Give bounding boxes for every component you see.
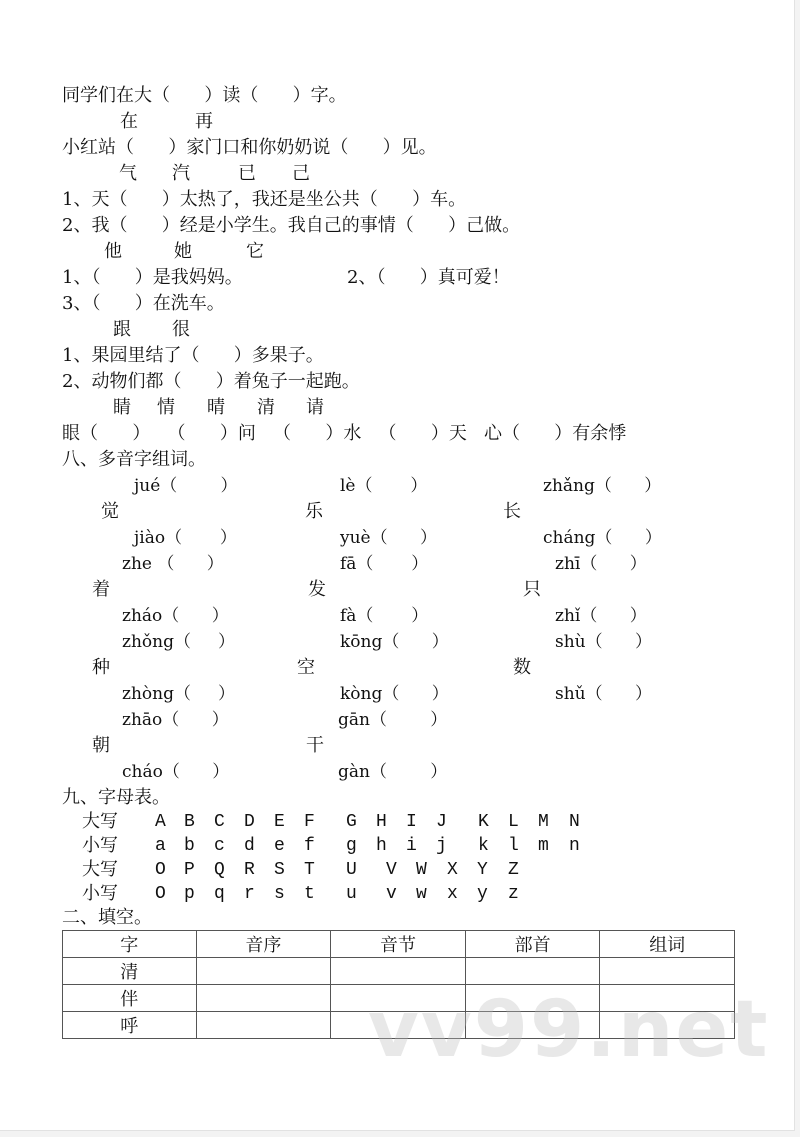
choice-qing-5: 请 bbox=[306, 397, 324, 419]
letter: g bbox=[346, 835, 357, 857]
question-qi-1: 1、天（ ）太热了，我还是坐公共（ ）车。 bbox=[62, 189, 466, 211]
letter: W bbox=[416, 859, 427, 881]
letter: O bbox=[155, 859, 166, 881]
pinyin-top: zhe （ ） bbox=[122, 553, 224, 575]
header-cell: 音节 bbox=[331, 931, 466, 958]
letter: s bbox=[274, 883, 285, 905]
letter: E bbox=[274, 811, 285, 833]
letter: j bbox=[436, 835, 447, 857]
letter: N bbox=[569, 811, 580, 833]
letter: l bbox=[508, 835, 519, 857]
pinyin-bottom: zháo（ ） bbox=[122, 605, 229, 627]
polyphone-char: 着 bbox=[92, 579, 110, 601]
letter: I bbox=[406, 811, 417, 833]
section-8-title: 八、多音字组词。 bbox=[62, 449, 206, 471]
header-cell: 组词 bbox=[600, 931, 735, 958]
letter: Z bbox=[508, 859, 519, 881]
letter: P bbox=[184, 859, 195, 881]
polyphone-char: 种 bbox=[92, 657, 110, 679]
pinyin-bottom: kòng（ ） bbox=[340, 683, 449, 705]
blank-cell[interactable] bbox=[600, 958, 735, 985]
letter: n bbox=[569, 835, 580, 857]
letter: t bbox=[304, 883, 315, 905]
choice-zai: 在 bbox=[120, 111, 138, 133]
letter: h bbox=[376, 835, 387, 857]
pinyin-top: zhāo（ ） bbox=[122, 709, 229, 731]
letter: B bbox=[184, 811, 195, 833]
blank-cell[interactable] bbox=[331, 958, 466, 985]
choice-zai-2: 再 bbox=[195, 111, 213, 133]
polyphone-char: 长 bbox=[503, 501, 521, 523]
choice-qi-1: 气 bbox=[119, 163, 137, 185]
pinyin-top: fā（ ） bbox=[340, 553, 428, 575]
pinyin-bottom: fà（ ） bbox=[340, 605, 428, 627]
letter: u bbox=[346, 883, 357, 905]
char-cell: 清 bbox=[63, 958, 197, 985]
letter: J bbox=[436, 811, 447, 833]
letter: c bbox=[214, 835, 225, 857]
letter: U bbox=[346, 859, 357, 881]
letter: m bbox=[538, 835, 549, 857]
table-row: 清 bbox=[63, 958, 735, 985]
letter: T bbox=[304, 859, 315, 881]
letter: O bbox=[155, 883, 166, 905]
polyphone-char: 觉 bbox=[101, 501, 119, 523]
letter: p bbox=[184, 883, 195, 905]
choice-qing-2: 情 bbox=[157, 397, 175, 419]
choice-qing-4: 清 bbox=[257, 397, 275, 419]
letter: f bbox=[304, 835, 315, 857]
row-label: 大写 bbox=[82, 811, 118, 833]
polyphone-char: 只 bbox=[523, 579, 541, 601]
header-cell: 字 bbox=[63, 931, 197, 958]
letter: q bbox=[214, 883, 225, 905]
letter: S bbox=[274, 859, 285, 881]
polyphone-char: 数 bbox=[513, 657, 531, 679]
polyphone-char: 空 bbox=[297, 657, 315, 679]
letter: v bbox=[386, 883, 397, 905]
pinyin-bottom: zhǐ（ ） bbox=[555, 605, 647, 627]
row-label: 大写 bbox=[82, 859, 118, 881]
sentence-zai-2: 小红站（ ）家门口和你奶奶说（ ）见。 bbox=[62, 137, 437, 159]
pinyin-top: lè（ ） bbox=[340, 475, 427, 497]
letter: A bbox=[155, 811, 166, 833]
choice-qi-3: 已 bbox=[238, 163, 256, 185]
question-qing: 眼（ ） （ ）问 （ ）水 （ ）天 心（ ）有余悸 bbox=[62, 423, 626, 445]
letter: G bbox=[346, 811, 357, 833]
letter: Y bbox=[477, 859, 488, 881]
letter: K bbox=[478, 811, 489, 833]
polyphone-char: 乐 bbox=[305, 501, 323, 523]
choice-qing-3: 晴 bbox=[207, 397, 225, 419]
letter: k bbox=[478, 835, 489, 857]
pinyin-bottom: jiào（ ） bbox=[134, 527, 237, 549]
section-2-title: 二、填空。 bbox=[62, 907, 152, 929]
pinyin-bottom: zhòng（ ） bbox=[122, 683, 235, 705]
polyphone-char: 干 bbox=[306, 735, 324, 757]
watermark: vv99.net bbox=[368, 990, 770, 1070]
choice-gen-1: 跟 bbox=[113, 319, 131, 341]
choice-ta-3: 它 bbox=[246, 241, 264, 263]
letter: M bbox=[538, 811, 549, 833]
polyphone-char: 发 bbox=[308, 579, 326, 601]
pinyin-bottom: cháo（ ） bbox=[122, 761, 229, 783]
choice-qing-1: 睛 bbox=[113, 397, 131, 419]
pinyin-top: gān（ ） bbox=[338, 709, 447, 731]
char-cell: 伴 bbox=[63, 985, 197, 1012]
pinyin-top: jué（ ） bbox=[134, 475, 238, 497]
letter: X bbox=[447, 859, 458, 881]
question-ta-1: 1、（ ）是我妈妈。 bbox=[62, 267, 243, 289]
question-gen-2: 2、动物们都（ ）着兔子一起跑。 bbox=[62, 371, 360, 393]
letter: R bbox=[244, 859, 255, 881]
letter: V bbox=[386, 859, 397, 881]
pinyin-bottom: shǔ（ ） bbox=[555, 683, 652, 705]
char-cell: 呼 bbox=[63, 1012, 197, 1039]
header-cell: 音序 bbox=[196, 931, 331, 958]
question-gen-1: 1、果园里结了（ ）多果子。 bbox=[62, 345, 324, 367]
sentence-zai-1: 同学们在大（ ）读（ ）字。 bbox=[62, 85, 347, 107]
table-header-row: 字 音序 音节 部首 组词 bbox=[63, 931, 735, 958]
blank-cell[interactable] bbox=[196, 958, 331, 985]
letter: Q bbox=[214, 859, 225, 881]
letter: b bbox=[184, 835, 195, 857]
letter: y bbox=[477, 883, 488, 905]
blank-cell[interactable] bbox=[196, 1012, 331, 1039]
pinyin-top: kōng（ ） bbox=[340, 631, 449, 653]
letter: F bbox=[304, 811, 315, 833]
blank-cell[interactable] bbox=[465, 958, 600, 985]
pinyin-bottom: yuè（ ） bbox=[340, 527, 437, 549]
letter: e bbox=[274, 835, 285, 857]
letter: C bbox=[214, 811, 225, 833]
choice-gen-2: 很 bbox=[172, 319, 190, 341]
polyphone-char: 朝 bbox=[92, 735, 110, 757]
pinyin-top: shù（ ） bbox=[555, 631, 652, 653]
letter: x bbox=[447, 883, 458, 905]
question-ta-2: 2、（ ）真可爱！ bbox=[347, 267, 510, 289]
row-label: 小写 bbox=[82, 883, 118, 905]
choice-ta-2: 她 bbox=[174, 241, 192, 263]
header-cell: 部首 bbox=[465, 931, 600, 958]
worksheet-page: 同学们在大（ ）读（ ）字。 在 再 小红站（ ）家门口和你奶奶说（ ）见。 气… bbox=[0, 0, 795, 1131]
section-9-title: 九、字母表。 bbox=[62, 787, 170, 809]
letter: r bbox=[244, 883, 255, 905]
choice-qi-4: 己 bbox=[292, 163, 310, 185]
letter: i bbox=[406, 835, 417, 857]
pinyin-top: zhī（ ） bbox=[555, 553, 647, 575]
row-label: 小写 bbox=[82, 835, 118, 857]
pinyin-bottom: gàn（ ） bbox=[338, 761, 447, 783]
pinyin-top: zhǒng（ ） bbox=[122, 631, 235, 653]
letter: z bbox=[508, 883, 519, 905]
choice-ta-1: 他 bbox=[104, 241, 122, 263]
blank-cell[interactable] bbox=[196, 985, 331, 1012]
question-ta-3: 3、（ ）在洗车。 bbox=[62, 293, 225, 315]
question-qi-2: 2、我（ ）经是小学生。我自己的事情（ ）己做。 bbox=[62, 215, 520, 237]
letter: w bbox=[416, 883, 427, 905]
letter: D bbox=[244, 811, 255, 833]
letter: L bbox=[508, 811, 519, 833]
letter: H bbox=[376, 811, 387, 833]
pinyin-top: zhǎng（ ） bbox=[543, 475, 661, 497]
letter: a bbox=[155, 835, 166, 857]
pinyin-bottom: cháng（ ） bbox=[543, 527, 662, 549]
choice-qi-2: 汽 bbox=[172, 163, 190, 185]
letter: d bbox=[244, 835, 255, 857]
